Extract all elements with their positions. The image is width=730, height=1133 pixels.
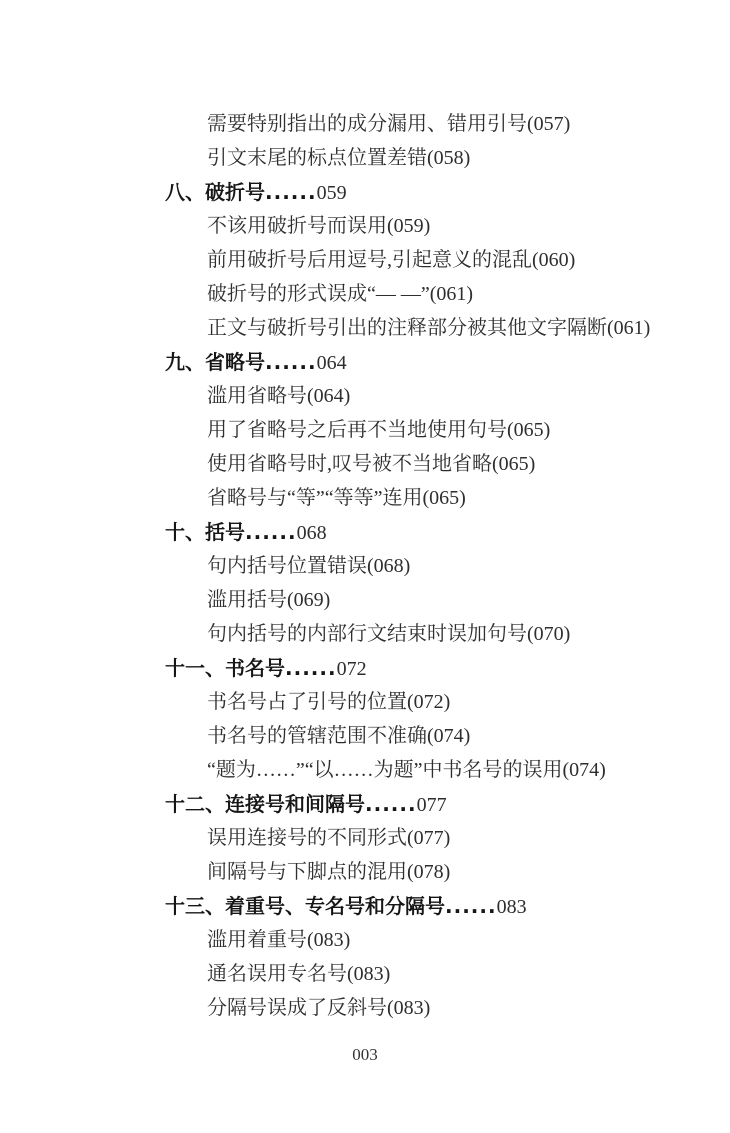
toc-item-page-ref: (058) bbox=[427, 147, 470, 169]
toc-item-page-ref: (074) bbox=[427, 725, 470, 747]
toc-item-text: 分隔号误成了反斜号 bbox=[207, 997, 387, 1019]
toc-item-text: 用了省略号之后再不当地使用句号 bbox=[207, 419, 507, 441]
toc-section-dots: ...... bbox=[245, 520, 297, 544]
toc-item-page-ref: (077) bbox=[407, 827, 450, 849]
toc-item: 正文与破折号引出的注释部分被其他文字隔断(061) bbox=[0, 311, 730, 345]
toc-section-page-ref: 072 bbox=[337, 658, 367, 680]
toc-item-page-ref: (072) bbox=[407, 691, 450, 713]
toc-item: 滥用括号(069) bbox=[0, 583, 730, 617]
toc-section-page-ref: 059 bbox=[317, 182, 347, 204]
toc-item-text: 前用破折号后用逗号,引起意义的混乱 bbox=[207, 249, 532, 271]
toc-item-page-ref: (061) bbox=[607, 317, 650, 339]
toc-item-text: 滥用省略号 bbox=[207, 385, 307, 407]
toc-item: 引文末尾的标点位置差错(058) bbox=[0, 141, 730, 175]
toc-section-title: 九、省略号 bbox=[165, 350, 265, 374]
toc-item: 省略号与“等”“等等”连用(065) bbox=[0, 481, 730, 515]
toc-item-page-ref: (065) bbox=[492, 453, 535, 475]
toc-section-title: 十二、连接号和间隔号 bbox=[165, 792, 365, 816]
toc-item-page-ref: (083) bbox=[347, 963, 390, 985]
toc-item: 书名号占了引号的位置(072) bbox=[0, 685, 730, 719]
toc-section-dots: ...... bbox=[365, 792, 417, 816]
toc-item-text: 正文与破折号引出的注释部分被其他文字隔断 bbox=[207, 317, 607, 339]
toc-item-text: 书名号占了引号的位置 bbox=[207, 691, 407, 713]
toc-section-dots: ...... bbox=[445, 894, 497, 918]
toc-section-title: 十一、书名号 bbox=[165, 656, 285, 680]
toc-item-page-ref: (064) bbox=[307, 385, 350, 407]
toc-section: 十、括号......068 bbox=[0, 515, 730, 549]
toc-section-page-ref: 077 bbox=[417, 794, 447, 816]
toc-section-title: 十三、着重号、专名号和分隔号 bbox=[165, 894, 445, 918]
toc-item-page-ref: (068) bbox=[367, 555, 410, 577]
toc-item-text: 需要特别指出的成分漏用、错用引号 bbox=[207, 113, 527, 135]
toc-item: 通名误用专名号(083) bbox=[0, 957, 730, 991]
toc-item-page-ref: (083) bbox=[387, 997, 430, 1019]
toc-item: 不该用破折号而误用(059) bbox=[0, 209, 730, 243]
table-of-contents: 需要特别指出的成分漏用、错用引号(057) 引文末尾的标点位置差错(058) 八… bbox=[0, 107, 730, 1025]
toc-item-page-ref: (065) bbox=[507, 419, 550, 441]
toc-item-text: 滥用着重号 bbox=[207, 929, 307, 951]
toc-section: 十二、连接号和间隔号......077 bbox=[0, 787, 730, 821]
toc-section-dots: ...... bbox=[285, 656, 337, 680]
toc-section-dots: ...... bbox=[265, 180, 317, 204]
toc-item-page-ref: (083) bbox=[307, 929, 350, 951]
toc-section: 十一、书名号......072 bbox=[0, 651, 730, 685]
toc-item-page-ref: (060) bbox=[532, 249, 575, 271]
toc-item: 滥用着重号(083) bbox=[0, 923, 730, 957]
toc-item: 句内括号位置错误(068) bbox=[0, 549, 730, 583]
book-toc-page: 需要特别指出的成分漏用、错用引号(057) 引文末尾的标点位置差错(058) 八… bbox=[0, 0, 730, 1133]
toc-item-text: 引文末尾的标点位置差错 bbox=[207, 147, 427, 169]
toc-item-page-ref: (070) bbox=[527, 623, 570, 645]
toc-item: 误用连接号的不同形式(077) bbox=[0, 821, 730, 855]
toc-item-page-ref: (074) bbox=[563, 759, 606, 781]
toc-section-page-ref: 083 bbox=[497, 896, 527, 918]
toc-item-text: 通名误用专名号 bbox=[207, 963, 347, 985]
toc-item-text: 破折号的形式误成“— —” bbox=[207, 283, 430, 305]
toc-item: 使用省略号时,叹号被不当地省略(065) bbox=[0, 447, 730, 481]
toc-item: “题为……”“以……为题”中书名号的误用(074) bbox=[0, 753, 730, 787]
toc-section-title: 十、括号 bbox=[165, 520, 245, 544]
toc-item-page-ref: (069) bbox=[287, 589, 330, 611]
toc-section: 九、省略号......064 bbox=[0, 345, 730, 379]
toc-item: 书名号的管辖范围不准确(074) bbox=[0, 719, 730, 753]
toc-section-page-ref: 064 bbox=[317, 352, 347, 374]
toc-item-page-ref: (061) bbox=[430, 283, 473, 305]
toc-item: 用了省略号之后再不当地使用句号(065) bbox=[0, 413, 730, 447]
toc-section-title: 八、破折号 bbox=[165, 180, 265, 204]
toc-item-text: 不该用破折号而误用 bbox=[207, 215, 387, 237]
toc-item: 分隔号误成了反斜号(083) bbox=[0, 991, 730, 1025]
toc-item-text: 滥用括号 bbox=[207, 589, 287, 611]
toc-item: 句内括号的内部行文结束时误加句号(070) bbox=[0, 617, 730, 651]
toc-item-text: 省略号与“等”“等等”连用 bbox=[207, 487, 423, 509]
toc-item-text: 使用省略号时,叹号被不当地省略 bbox=[207, 453, 492, 475]
toc-item-page-ref: (078) bbox=[407, 861, 450, 883]
toc-item-text: 间隔号与下脚点的混用 bbox=[207, 861, 407, 883]
toc-item-text: 句内括号位置错误 bbox=[207, 555, 367, 577]
toc-item-text: 误用连接号的不同形式 bbox=[207, 827, 407, 849]
page-number: 003 bbox=[0, 1042, 730, 1068]
toc-item: 间隔号与下脚点的混用(078) bbox=[0, 855, 730, 889]
toc-item: 破折号的形式误成“— —”(061) bbox=[0, 277, 730, 311]
toc-item-page-ref: (059) bbox=[387, 215, 430, 237]
toc-section: 八、破折号......059 bbox=[0, 175, 730, 209]
toc-item-text: “题为……”“以……为题”中书名号的误用 bbox=[207, 759, 563, 781]
toc-item-text: 句内括号的内部行文结束时误加句号 bbox=[207, 623, 527, 645]
toc-item: 滥用省略号(064) bbox=[0, 379, 730, 413]
toc-item-page-ref: (057) bbox=[527, 113, 570, 135]
toc-item: 前用破折号后用逗号,引起意义的混乱(060) bbox=[0, 243, 730, 277]
toc-item: 需要特别指出的成分漏用、错用引号(057) bbox=[0, 107, 730, 141]
toc-item-text: 书名号的管辖范围不准确 bbox=[207, 725, 427, 747]
toc-item-page-ref: (065) bbox=[423, 487, 466, 509]
toc-section-dots: ...... bbox=[265, 350, 317, 374]
toc-section: 十三、着重号、专名号和分隔号......083 bbox=[0, 889, 730, 923]
toc-section-page-ref: 068 bbox=[297, 522, 327, 544]
